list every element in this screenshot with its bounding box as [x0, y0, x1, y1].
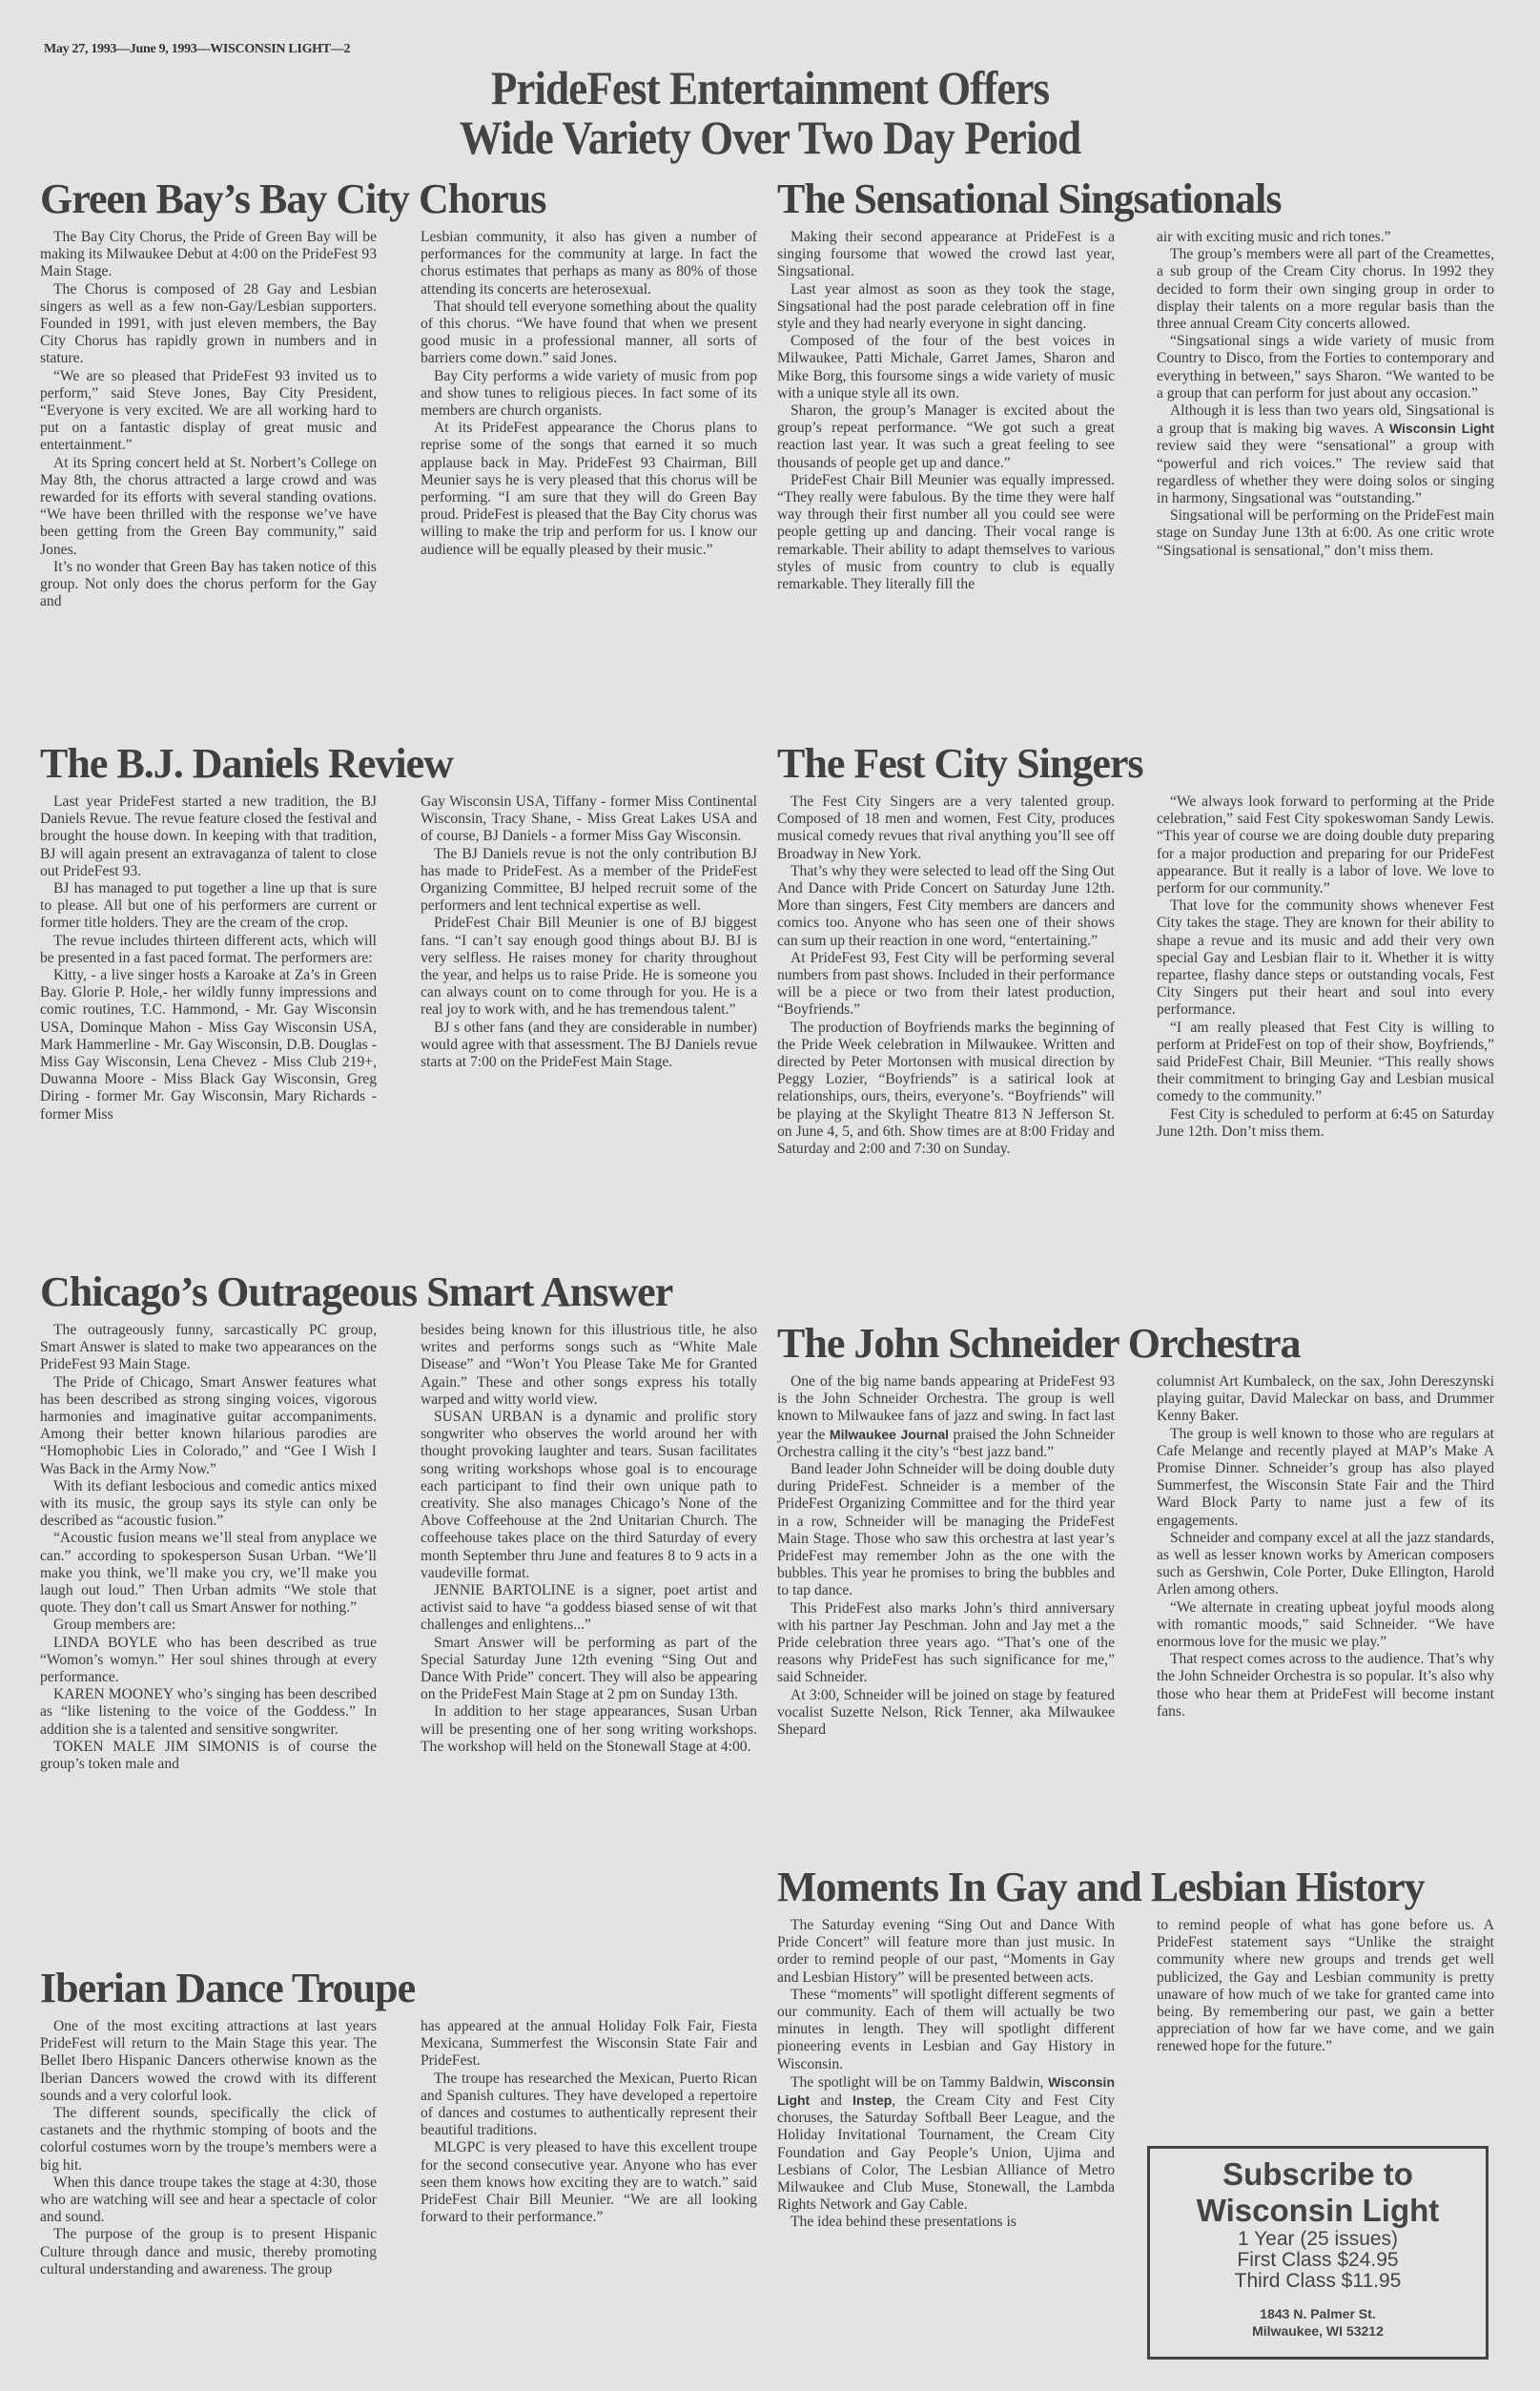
article-smart-answer: Chicago’s Outrageous Smart Answer The ou…	[40, 1270, 757, 1773]
spacer	[1150, 2292, 1486, 2305]
article-title: Iberian Dance Troupe	[40, 1967, 757, 2010]
paragraph: KAREN MOONEY who’s singing has been desc…	[40, 1686, 377, 1739]
subscribe-first-class-price: First Class $24.95	[1150, 2250, 1486, 2271]
paragraph: That should tell everyone something abou…	[421, 299, 757, 368]
paragraph: “We are so pleased that PrideFest 93 inv…	[40, 368, 377, 455]
article-title: Moments In Gay and Lesbian History	[777, 1865, 1494, 1909]
paragraph: “We always look forward to performing at…	[1157, 794, 1494, 897]
paragraph: JENNIE BARTOLINE is a signer, poet artis…	[421, 1582, 757, 1635]
paragraph: BJ s other fans (and they are considerab…	[421, 1020, 757, 1072]
paragraph: Kitty, - a live singer hosts a Karoake a…	[40, 967, 377, 1123]
paragraph: SUSAN URBAN is a dynamic and prolific st…	[421, 1409, 757, 1582]
main-headline-line2: Wide Variety Over Two Day Period	[77, 113, 1464, 162]
page-folio: May 27, 1993—June 9, 1993—WISCONSIN LIGH…	[44, 42, 350, 57]
publication-name: Wisconsin Light	[1389, 421, 1494, 436]
subscribe-ad: Subscribe to Wisconsin Light 1 Year (25 …	[1147, 2146, 1489, 2360]
paragraph: to remind people of what has gone before…	[1157, 1917, 1494, 2056]
paragraph: Composed of the four of the best voices …	[777, 333, 1115, 402]
publication-name: Milwaukee Journal	[830, 1427, 949, 1442]
paragraph: In addition to her stage appearances, Su…	[421, 1703, 757, 1756]
paragraph: The Chorus is composed of 28 Gay and Les…	[40, 281, 377, 368]
paragraph: The production of Boyfriends marks the b…	[777, 1020, 1115, 1159]
paragraph: “We alternate in creating upbeat joyful …	[1157, 1599, 1494, 1652]
paragraph: The Pride of Chicago, Smart Answer featu…	[40, 1374, 377, 1478]
paragraph: besides being known for this illustrious…	[421, 1322, 757, 1409]
paragraph: The Saturday evening “Sing Out and Dance…	[777, 1917, 1115, 1987]
paragraph: Band leader John Schneider will be doing…	[777, 1461, 1115, 1600]
article-fest-city-singers: The Fest City Singers The Fest City Sing…	[777, 742, 1494, 1158]
paragraph: Gay Wisconsin USA, Tiffany - former Miss…	[421, 794, 757, 846]
paragraph: Smart Answer will be performing as part …	[421, 1635, 757, 1704]
paragraph: One of the most exciting attractions at …	[40, 2018, 377, 2105]
paragraph: The revue includes thirteen different ac…	[40, 933, 377, 967]
article-title: The Sensational Singsationals	[777, 177, 1494, 221]
paragraph: That’s why they were selected to lead of…	[777, 863, 1115, 950]
paragraph: At its Spring concert held at St. Norber…	[40, 455, 377, 559]
paragraph: “Singsational sings a wide variety of mu…	[1157, 333, 1494, 402]
paragraph: columnist Art Kumbaleck, on the sax, Joh…	[1157, 1373, 1494, 1426]
subscribe-address-city: Milwaukee, WI 53212	[1150, 2322, 1486, 2339]
text: and	[810, 2092, 852, 2109]
paragraph: The outrageously funny, sarcastically PC…	[40, 1322, 377, 1374]
main-headline: PrideFest Entertainment Offers Wide Vari…	[0, 63, 1540, 162]
paragraph: When this dance troupe takes the stage a…	[40, 2175, 377, 2227]
subscribe-third-class-price: Third Class $11.95	[1150, 2271, 1486, 2292]
article-bay-city-chorus: Green Bay’s Bay City Chorus The Bay City…	[40, 177, 757, 610]
paragraph: These “moments” will spotlight different…	[777, 1987, 1115, 2073]
paragraph: The purpose of the group is to present H…	[40, 2226, 377, 2278]
paragraph: The different sounds, specifically the c…	[40, 2105, 377, 2175]
paragraph: That respect comes across to the audienc…	[1157, 1651, 1494, 1721]
text: review said they were “sensational” a gr…	[1157, 438, 1494, 506]
paragraph: The BJ Daniels revue is not the only con…	[421, 846, 757, 916]
subscribe-address-street: 1843 N. Palmer St.	[1150, 2305, 1486, 2322]
paragraph: The spotlight will be on Tammy Baldwin, …	[777, 2073, 1115, 2215]
subscribe-heading-line1: Subscribe to	[1150, 2156, 1486, 2193]
subscribe-term: 1 Year (25 issues)	[1150, 2229, 1486, 2250]
article-title: The John Schneider Orchestra	[777, 1322, 1494, 1366]
text: , the Cream City and Fest City choruses,…	[777, 2092, 1115, 2213]
paragraph: “I am really pleased that Fest City is w…	[1157, 1020, 1494, 1106]
paragraph: Bay City performs a wide variety of musi…	[421, 368, 757, 421]
paragraph: Although it is less than two years old, …	[1157, 402, 1494, 507]
paragraph: At its PrideFest appearance the Chorus p…	[421, 420, 757, 559]
paragraph: One of the big name bands appearing at P…	[777, 1373, 1115, 1461]
paragraph: Sharon, the group’s Manager is excited a…	[777, 402, 1115, 472]
paragraph: Singsational will be performing on the P…	[1157, 507, 1494, 560]
paragraph: The group is well known to those who are…	[1157, 1426, 1494, 1530]
paragraph: Group members are:	[40, 1617, 377, 1634]
paragraph: Lesbian community, it also has given a n…	[421, 229, 757, 299]
article-title: Chicago’s Outrageous Smart Answer	[40, 1270, 757, 1314]
paragraph: The idea behind these presentations is	[777, 2214, 1115, 2231]
paragraph: Fest City is scheduled to perform at 6:4…	[1157, 1106, 1494, 1141]
article-john-schneider-orchestra: The John Schneider Orchestra One of the …	[777, 1322, 1494, 1739]
paragraph: PrideFest Chair Bill Meunier was equally…	[777, 472, 1115, 593]
main-headline-line1: PrideFest Entertainment Offers	[77, 63, 1464, 113]
article-bj-daniels: The B.J. Daniels Review Last year PrideF…	[40, 742, 757, 1123]
paragraph: TOKEN MALE JIM SIMONIS is of course the …	[40, 1739, 377, 1773]
paragraph: air with exciting music and rich tones.”	[1157, 229, 1494, 246]
paragraph: Last year almost as soon as they took th…	[777, 281, 1115, 334]
paragraph: It’s no wonder that Green Bay has taken …	[40, 559, 377, 611]
paragraph: With its defiant lesbocious and comedic …	[40, 1478, 377, 1531]
paragraph: At PrideFest 93, Fest City will be perfo…	[777, 950, 1115, 1020]
paragraph: PrideFest Chair Bill Meunier is one of B…	[421, 915, 757, 1019]
paragraph: “Acoustic fusion means we’ll steal from …	[40, 1530, 377, 1617]
paragraph: At 3:00, Schneider will be joined on sta…	[777, 1687, 1115, 1740]
paragraph: That love for the community shows whenev…	[1157, 897, 1494, 1019]
paragraph: has appeared at the annual Holiday Folk …	[421, 2018, 757, 2071]
article-iberian-dance-troupe: Iberian Dance Troupe One of the most exc…	[40, 1967, 757, 2278]
paragraph: LINDA BOYLE who has been described as tr…	[40, 1635, 377, 1687]
paragraph: Schneider and company excel at all the j…	[1157, 1530, 1494, 1599]
subscribe-heading-line2: Wisconsin Light	[1150, 2193, 1486, 2229]
paragraph: The group’s members were all part of the…	[1157, 246, 1494, 333]
paragraph: This PrideFest also marks John’s third a…	[777, 1600, 1115, 1687]
paragraph: Making their second appearance at PrideF…	[777, 229, 1115, 281]
text: The spotlight will be on Tammy Baldwin,	[791, 2074, 1048, 2091]
article-title: The B.J. Daniels Review	[40, 742, 757, 786]
paragraph: BJ has managed to put together a line up…	[40, 880, 377, 933]
article-singsationals: The Sensational Singsationals Making the…	[777, 177, 1494, 593]
paragraph: MLGPC is very pleased to have this excel…	[421, 2139, 757, 2226]
paragraph: The troupe has researched the Mexican, P…	[421, 2071, 757, 2140]
paragraph: Last year PrideFest started a new tradit…	[40, 794, 377, 880]
paragraph: The Bay City Chorus, the Pride of Green …	[40, 229, 377, 281]
publication-name: Instep	[852, 2092, 892, 2108]
article-title: Green Bay’s Bay City Chorus	[40, 177, 757, 221]
article-title: The Fest City Singers	[777, 742, 1494, 786]
paragraph: The Fest City Singers are a very talente…	[777, 794, 1115, 863]
